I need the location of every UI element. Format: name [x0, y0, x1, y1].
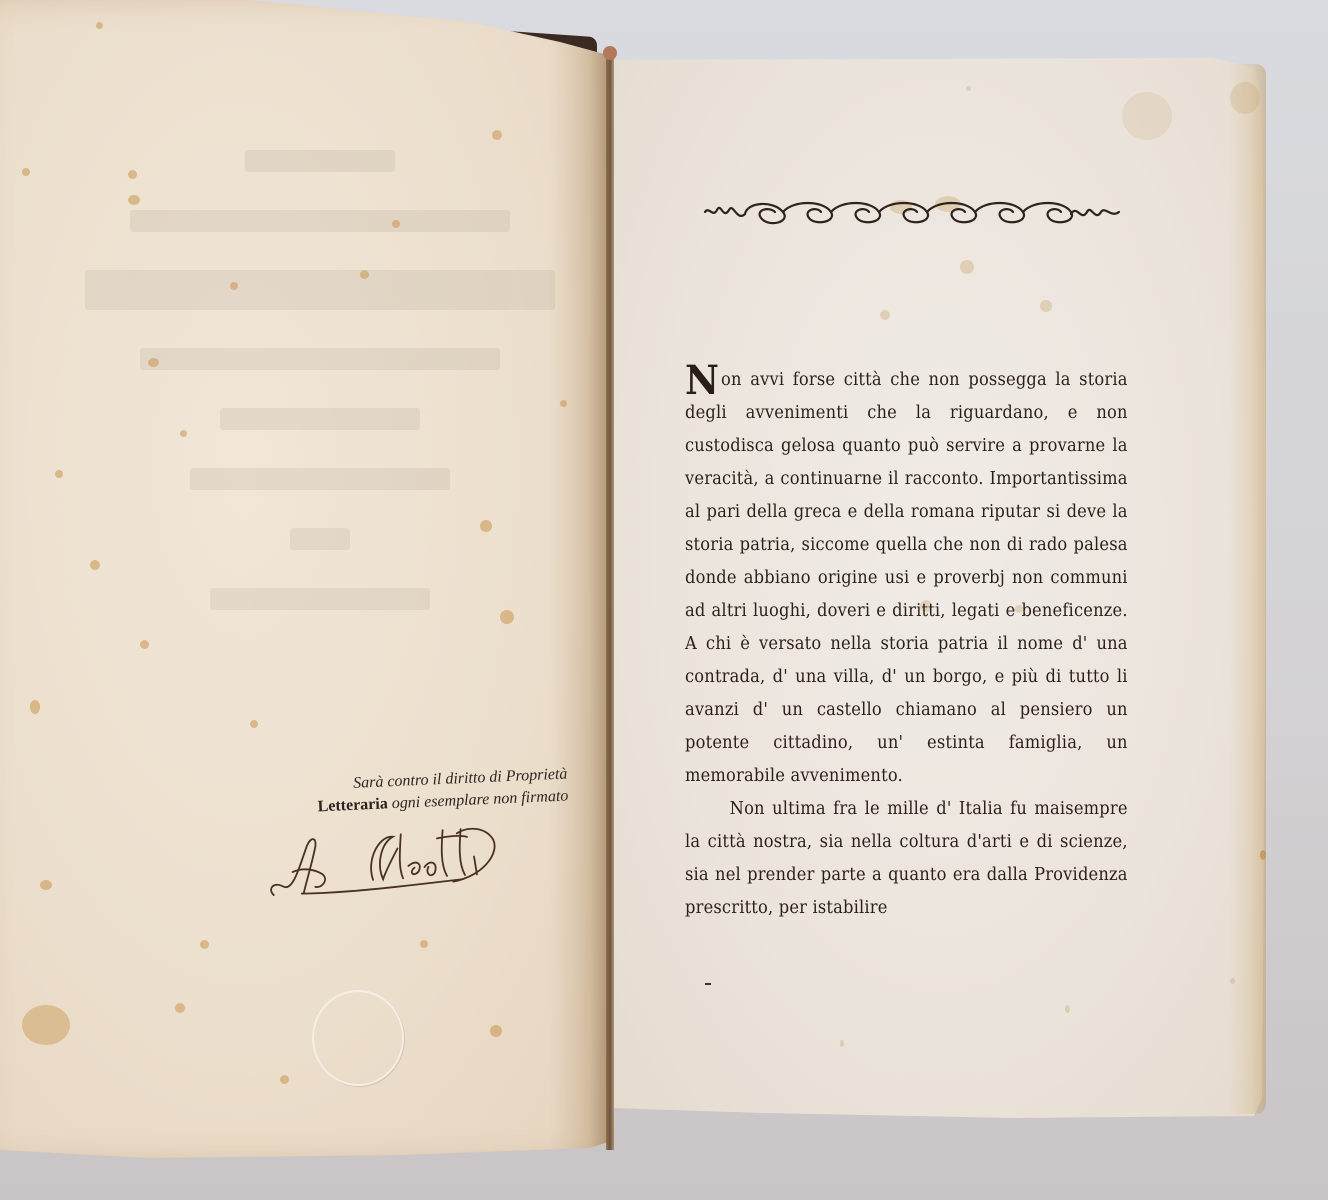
foxing-spot	[180, 430, 187, 437]
foxing-spot	[880, 310, 890, 320]
signature-icon	[260, 810, 554, 905]
foxing-spot	[140, 640, 149, 649]
right-page-edge	[1228, 64, 1266, 1114]
foxing-spot	[560, 400, 567, 407]
foxing-spot	[492, 130, 502, 140]
foxing-spot	[148, 358, 159, 367]
foxing-spot	[500, 610, 514, 624]
foxing-spot	[128, 170, 137, 179]
foxing-spot	[55, 470, 63, 478]
scroll-ornament-icon	[703, 192, 1123, 236]
footer-mark	[705, 983, 711, 985]
foxing-spot	[1065, 1005, 1070, 1013]
foxing-spot	[96, 22, 103, 29]
foxing-spot	[280, 1075, 289, 1084]
foxing-spot	[250, 720, 258, 728]
binding-thread	[603, 46, 617, 60]
foxing-spot	[1040, 300, 1052, 312]
water-stain	[1122, 92, 1172, 140]
foxing-spot	[490, 1025, 502, 1037]
embossed-stamp	[312, 990, 404, 1086]
book-gutter	[606, 50, 614, 1150]
foxing-spot	[175, 1003, 185, 1013]
foxing-spot	[1230, 978, 1235, 984]
foxing-spot	[22, 168, 30, 176]
foxing-spot	[392, 220, 400, 228]
foxing-spot	[40, 880, 52, 890]
foxing-spot	[230, 282, 238, 290]
foxing-spot	[960, 260, 974, 274]
paragraph-2: Non ultima fra le mille d' Italia fu mai…	[685, 793, 1128, 925]
foxing-spot	[480, 520, 492, 532]
paragraph-1: Non avvi forse città che non possegga la…	[685, 364, 1128, 793]
foxing-spot	[420, 940, 428, 948]
foxing-stain	[22, 1005, 70, 1045]
body-text: Non avvi forse città che non possegga la…	[685, 364, 1128, 925]
bleed-through-title	[60, 150, 580, 750]
corner-stain	[1230, 82, 1260, 114]
foxing-spot	[1260, 850, 1266, 860]
foxing-spot	[360, 270, 369, 279]
foxing-spot	[200, 940, 209, 949]
foxing-spot	[128, 195, 140, 205]
book-photo: Sarà contro il diritto di Proprietà Lett…	[0, 0, 1328, 1200]
left-page: Sarà contro il diritto di Proprietà Lett…	[0, 0, 608, 1160]
foxing-spot	[30, 700, 40, 714]
drop-cap: N	[685, 366, 719, 396]
foxing-spot	[90, 560, 100, 570]
foxing-spot	[966, 86, 971, 91]
foxing-spot	[840, 1040, 844, 1047]
